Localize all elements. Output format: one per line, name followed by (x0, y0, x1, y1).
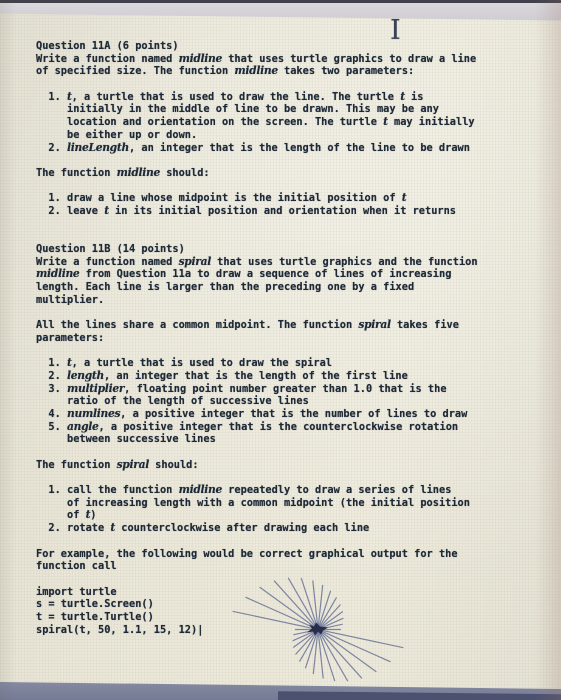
text-line: 5. angle, a positive integer that is the… (36, 421, 536, 434)
text-line: The function midline should: (36, 167, 536, 180)
text-line: 2. rotate t counterclockwise after drawi… (36, 522, 536, 535)
text-line: import turtle (36, 586, 536, 599)
text-line: 1. t, a turtle that is used to draw the … (36, 357, 536, 370)
text-line: The function spiral should: (36, 459, 536, 472)
text-line (36, 154, 536, 167)
text-line (36, 306, 536, 319)
text-line (36, 78, 536, 91)
text-line (36, 345, 536, 358)
text-line: t = turtle.Turtle() (36, 611, 536, 624)
text-line (36, 446, 536, 459)
text-line: initially in the middle of line to be dr… (36, 103, 536, 116)
text-line (36, 573, 536, 586)
text-ibeam-cursor-icon: I (390, 15, 410, 47)
text-line (36, 180, 536, 193)
text-line: For example, the following would be corr… (36, 548, 536, 561)
text-line: of specified size. The function midline … (36, 65, 536, 78)
text-line: 1. draw a line whose midpoint is the ini… (36, 192, 536, 205)
text-line: Write a function named midline that uses… (36, 53, 536, 66)
text-line: length. Each line is larger than the pre… (36, 281, 536, 294)
text-line: 2. leave t in its initial position and o… (36, 205, 536, 218)
text-line: location and orientation on the screen. … (36, 116, 536, 129)
text-line: 1. call the function midline repeatedly … (36, 484, 536, 497)
text-line: Question 11A (6 points) (36, 40, 536, 53)
top-window-bar (0, 0, 561, 3)
document-text[interactable]: Question 11A (6 points)Write a function … (36, 40, 536, 636)
screen-photo: Question 11A (6 points)Write a function … (0, 0, 561, 700)
text-line: Question 11B (14 points) (36, 243, 536, 256)
text-line (36, 535, 536, 548)
text-line: spiral(t, 50, 1.1, 15, 12)| (36, 624, 536, 637)
text-line: between successive lines (36, 433, 536, 446)
text-line: 3. multiplier, floating point number gre… (36, 383, 536, 396)
text-line: parameters: (36, 332, 536, 345)
text-line (36, 230, 536, 243)
text-line: midline from Question 11a to draw a sequ… (36, 268, 536, 281)
text-line: multiplier. (36, 294, 536, 307)
text-line: of increasing length with a common midpo… (36, 497, 536, 510)
top-gray-strip (0, 3, 561, 22)
text-line: s = turtle.Screen() (36, 598, 536, 611)
text-line: Write a function named spiral that uses … (36, 256, 536, 269)
text-line: function call (36, 560, 536, 573)
text-line: All the lines share a common midpoint. T… (36, 319, 536, 332)
text-line (36, 218, 536, 231)
text-line: 2. lineLength, an integer that is the le… (36, 142, 536, 155)
text-line: 1. t, a turtle that is used to draw the … (36, 91, 536, 104)
text-line (36, 471, 536, 484)
text-line: 4. numlines, a positive integer that is … (36, 408, 536, 421)
